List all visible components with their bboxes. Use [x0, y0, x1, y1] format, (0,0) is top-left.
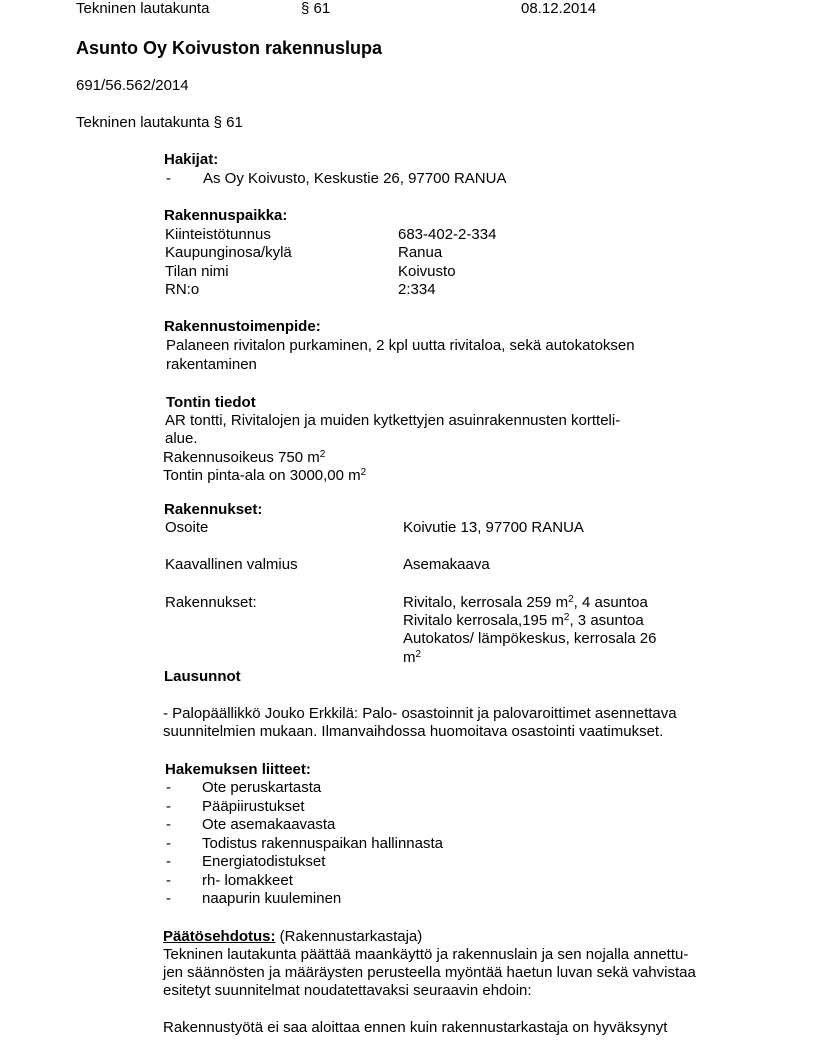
attachment-bullet: -: [166, 835, 171, 853]
attachment-item: Energiatodistukset: [202, 853, 325, 871]
attachment-bullet: -: [166, 779, 171, 797]
applicant-bullet: -: [166, 170, 171, 188]
plot-area-text: Tontin pinta-ala on 3000,00 m: [163, 467, 361, 484]
building-item-sup: 2: [568, 594, 574, 605]
header-committee: Tekninen lautakunta: [76, 0, 209, 18]
building-item-post: , 3 asuntoa: [569, 612, 643, 629]
proposal-line: esitetyt suunnitelmat noudatettavaksi se…: [163, 982, 532, 1000]
header-date: 08.12.2014: [521, 0, 596, 18]
statements-heading: Lausunnot: [164, 668, 241, 686]
attachment-item: Ote peruskartasta: [202, 779, 321, 797]
page-title: Asunto Oy Koivuston rakennuslupa: [76, 37, 382, 59]
proposal-line: jen säännösten ja määräysten perusteella…: [163, 964, 696, 982]
attachment-item: Todistus rakennuspaikan hallinnasta: [202, 835, 443, 853]
attachment-bullet: -: [166, 798, 171, 816]
building-item-sup: 2: [564, 612, 570, 623]
reference-number: 691/56.562/2014: [76, 77, 189, 95]
site-value-estate-name: Koivusto: [398, 263, 456, 281]
construction-measure-line: Palaneen rivitalon purkaminen, 2 kpl uut…: [166, 337, 635, 355]
attachment-item: naapurin kuuleminen: [202, 890, 341, 908]
buildings-heading: Rakennukset:: [164, 501, 262, 519]
site-value-district: Ranua: [398, 244, 442, 262]
zoning-value: Asemakaava: [403, 556, 490, 574]
building-item-text: Rivitalo kerrosala,195 m: [403, 612, 564, 629]
applicant-item: As Oy Koivusto, Keskustie 26, 97700 RANU…: [203, 170, 506, 188]
buildings-label: Rakennukset:: [165, 594, 257, 612]
building-item: m2: [403, 649, 421, 667]
building-item-text: Autokatos/ lämpökeskus, kerrosala 26: [403, 630, 656, 647]
statement-line: suunnitelmien mukaan. Ilmanvaihdossa huo…: [163, 723, 663, 741]
proposal-heading: Päätösehdotus:: [163, 928, 276, 945]
header-section: § 61: [301, 0, 330, 18]
committee-section: Tekninen lautakunta § 61: [76, 114, 243, 132]
attachment-bullet: -: [166, 890, 171, 908]
building-item-post: , 4 asuntoa: [574, 594, 648, 611]
site-label-property-id: Kiinteistötunnus: [165, 226, 271, 244]
building-site-heading: Rakennuspaikka:: [164, 207, 287, 225]
address-value: Koivutie 13, 97700 RANUA: [403, 519, 584, 537]
building-right-text: Rakennusoikeus 750 m: [163, 449, 320, 466]
proposal-continuation: Rakennustyötä ei saa aloittaa ennen kuin…: [163, 1019, 667, 1037]
attachment-bullet: -: [166, 816, 171, 834]
attachment-bullet: -: [166, 872, 171, 890]
building-right: Rakennusoikeus 750 m2: [163, 449, 325, 467]
building-item: Rivitalo kerrosala,195 m2, 3 asuntoa: [403, 612, 644, 630]
attachment-bullet: -: [166, 853, 171, 871]
construction-measure-heading: Rakennustoimenpide:: [164, 318, 321, 336]
plot-area-sup: 2: [361, 467, 367, 478]
site-label-district: Kaupunginosa/kylä: [165, 244, 292, 262]
proposal-heading-line: Päätösehdotus: (Rakennustarkastaja): [163, 928, 422, 946]
building-item: Rivitalo, kerrosala 259 m2, 4 asuntoa: [403, 594, 648, 612]
plot-info-heading: Tontin tiedot: [166, 394, 256, 412]
plot-area: Tontin pinta-ala on 3000,00 m2: [163, 467, 366, 485]
site-value-rn: 2:334: [398, 281, 436, 299]
site-label-estate-name: Tilan nimi: [165, 263, 229, 281]
attachment-item: Ote asemakaavasta: [202, 816, 335, 834]
building-right-sup: 2: [320, 449, 326, 460]
site-label-rn: RN:o: [165, 281, 199, 299]
building-item-text: m: [403, 649, 416, 666]
proposal-line: Tekninen lautakunta päättää maankäyttö j…: [163, 946, 688, 964]
site-value-property-id: 683-402-2-334: [398, 226, 496, 244]
plot-info-line: alue.: [165, 430, 198, 448]
statement-line: - Palopäällikkö Jouko Erkkilä: Palo- osa…: [163, 705, 677, 723]
building-item-sup: 2: [416, 649, 422, 660]
construction-measure-line: rakentaminen: [166, 356, 257, 374]
zoning-label: Kaavallinen valmius: [165, 556, 298, 574]
attachments-heading: Hakemuksen liitteet:: [165, 761, 311, 779]
proposal-presenter: (Rakennustarkastaja): [276, 928, 423, 945]
plot-info-line: AR tontti, Rivitalojen ja muiden kytkett…: [165, 412, 620, 430]
building-item: Autokatos/ lämpökeskus, kerrosala 26: [403, 630, 656, 648]
applicants-heading: Hakijat:: [164, 151, 218, 169]
attachment-item: Pääpiirustukset: [202, 798, 305, 816]
attachment-item: rh- lomakkeet: [202, 872, 293, 890]
address-label: Osoite: [165, 519, 208, 537]
building-item-text: Rivitalo, kerrosala 259 m: [403, 594, 568, 611]
